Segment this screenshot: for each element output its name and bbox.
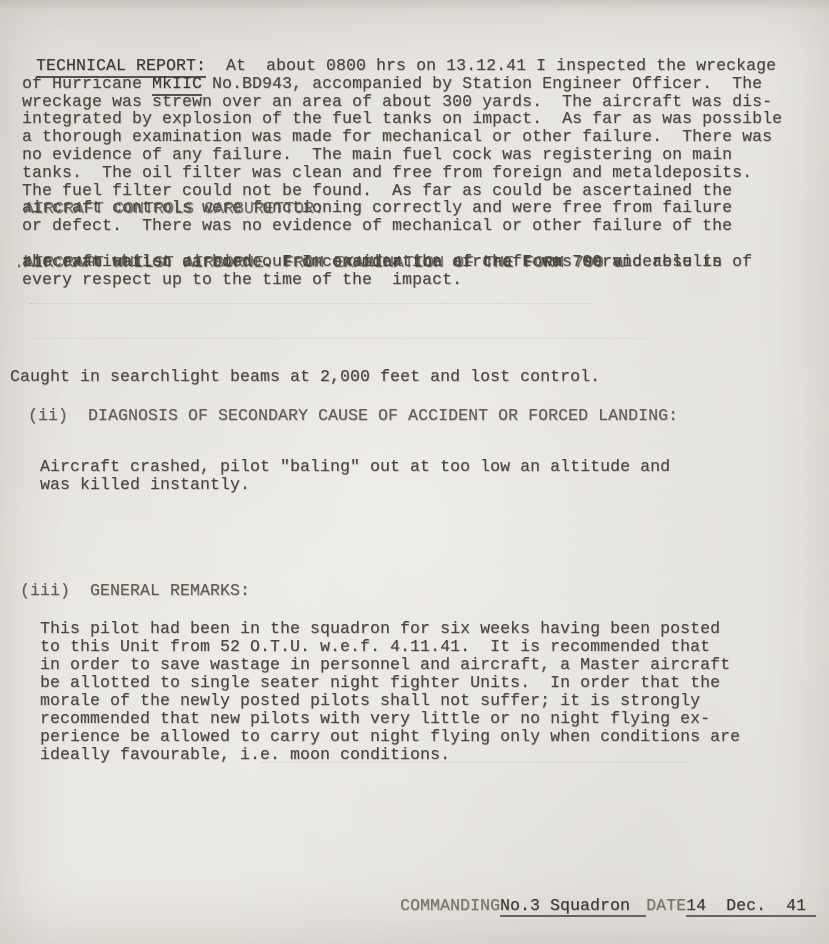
smudge-mark: [30, 338, 650, 339]
report-line: no evidence of any failure. The main fue…: [22, 146, 732, 164]
remarks-line: to this Unit from 52 O.T.U. w.e.f. 4.11.…: [40, 638, 710, 656]
remarks-line: in order to save wastage in personnel an…: [40, 656, 730, 674]
diagnosis-secondary-heading: (ii) DIAGNOSIS OF SECONDARY CAUSE OF ACC…: [28, 407, 678, 425]
smudge-mark: [30, 303, 590, 304]
remarks-line: This pilot had been in the squadron for …: [40, 620, 720, 638]
report-line: TECHNICAL REPORT: At about 0800 hrs on 1…: [36, 57, 776, 75]
scanned-document-page: TECHNICAL REPORT: At about 0800 hrs on 1…: [0, 0, 829, 944]
report-line-text: of Hurricane: [22, 74, 152, 93]
report-line: tanks. The oil filter was clean and free…: [22, 164, 752, 182]
remarks-line: be allotted to single seater night fight…: [40, 674, 720, 692]
secondary-line: was killed instantly.: [40, 476, 250, 494]
secondary-line: Aircraft crashed, pilot "baling" out at …: [40, 458, 670, 476]
report-line-text: No.BD943, accompanied by Station Enginee…: [202, 74, 762, 93]
report-line-text: At about 0800 hrs on 13.12.41 I inspecte…: [206, 56, 776, 75]
date-value: 14 Dec. 41: [686, 896, 816, 917]
report-line: or defect. There was no evidence of mech…: [22, 217, 732, 235]
report-line: the examination carried out I consider t…: [22, 253, 722, 271]
remarks-line: morale of the newly posted pilots shall …: [40, 692, 700, 710]
technical-report-section: TECHNICAL REPORT: At about 0800 hrs on 1…: [0, 0, 829, 36]
caught-statement: Caught in searchlight beams at 2,000 fee…: [10, 368, 600, 386]
general-remarks-heading: (iii) GENERAL REMARKS:: [20, 582, 250, 600]
remarks-line: perience be allowed to carry out night f…: [40, 728, 740, 746]
report-line: a thorough examination was made for mech…: [22, 128, 772, 146]
squadron-value: No.3 Squadron: [500, 896, 646, 917]
remarks-line: ideally favourable, i.e. moon conditions…: [40, 746, 450, 764]
footer-signature: COMMANDINGNo.3 Squadron DATE14 Dec. 41: [400, 897, 816, 915]
report-line: every respect up to the time of the impa…: [22, 271, 462, 289]
report-line-overstruck: aircraft controls were functioning corre…: [22, 199, 829, 217]
commanding-label: COMMANDING: [400, 896, 500, 915]
remarks-line: recommended that new pilots with very li…: [40, 710, 710, 728]
report-line: of Hurricane MkIIC No.BD943, accompanied…: [22, 75, 762, 93]
date-label: DATE: [646, 896, 686, 915]
report-line: integrated by explosion of the fuel tank…: [22, 110, 782, 128]
